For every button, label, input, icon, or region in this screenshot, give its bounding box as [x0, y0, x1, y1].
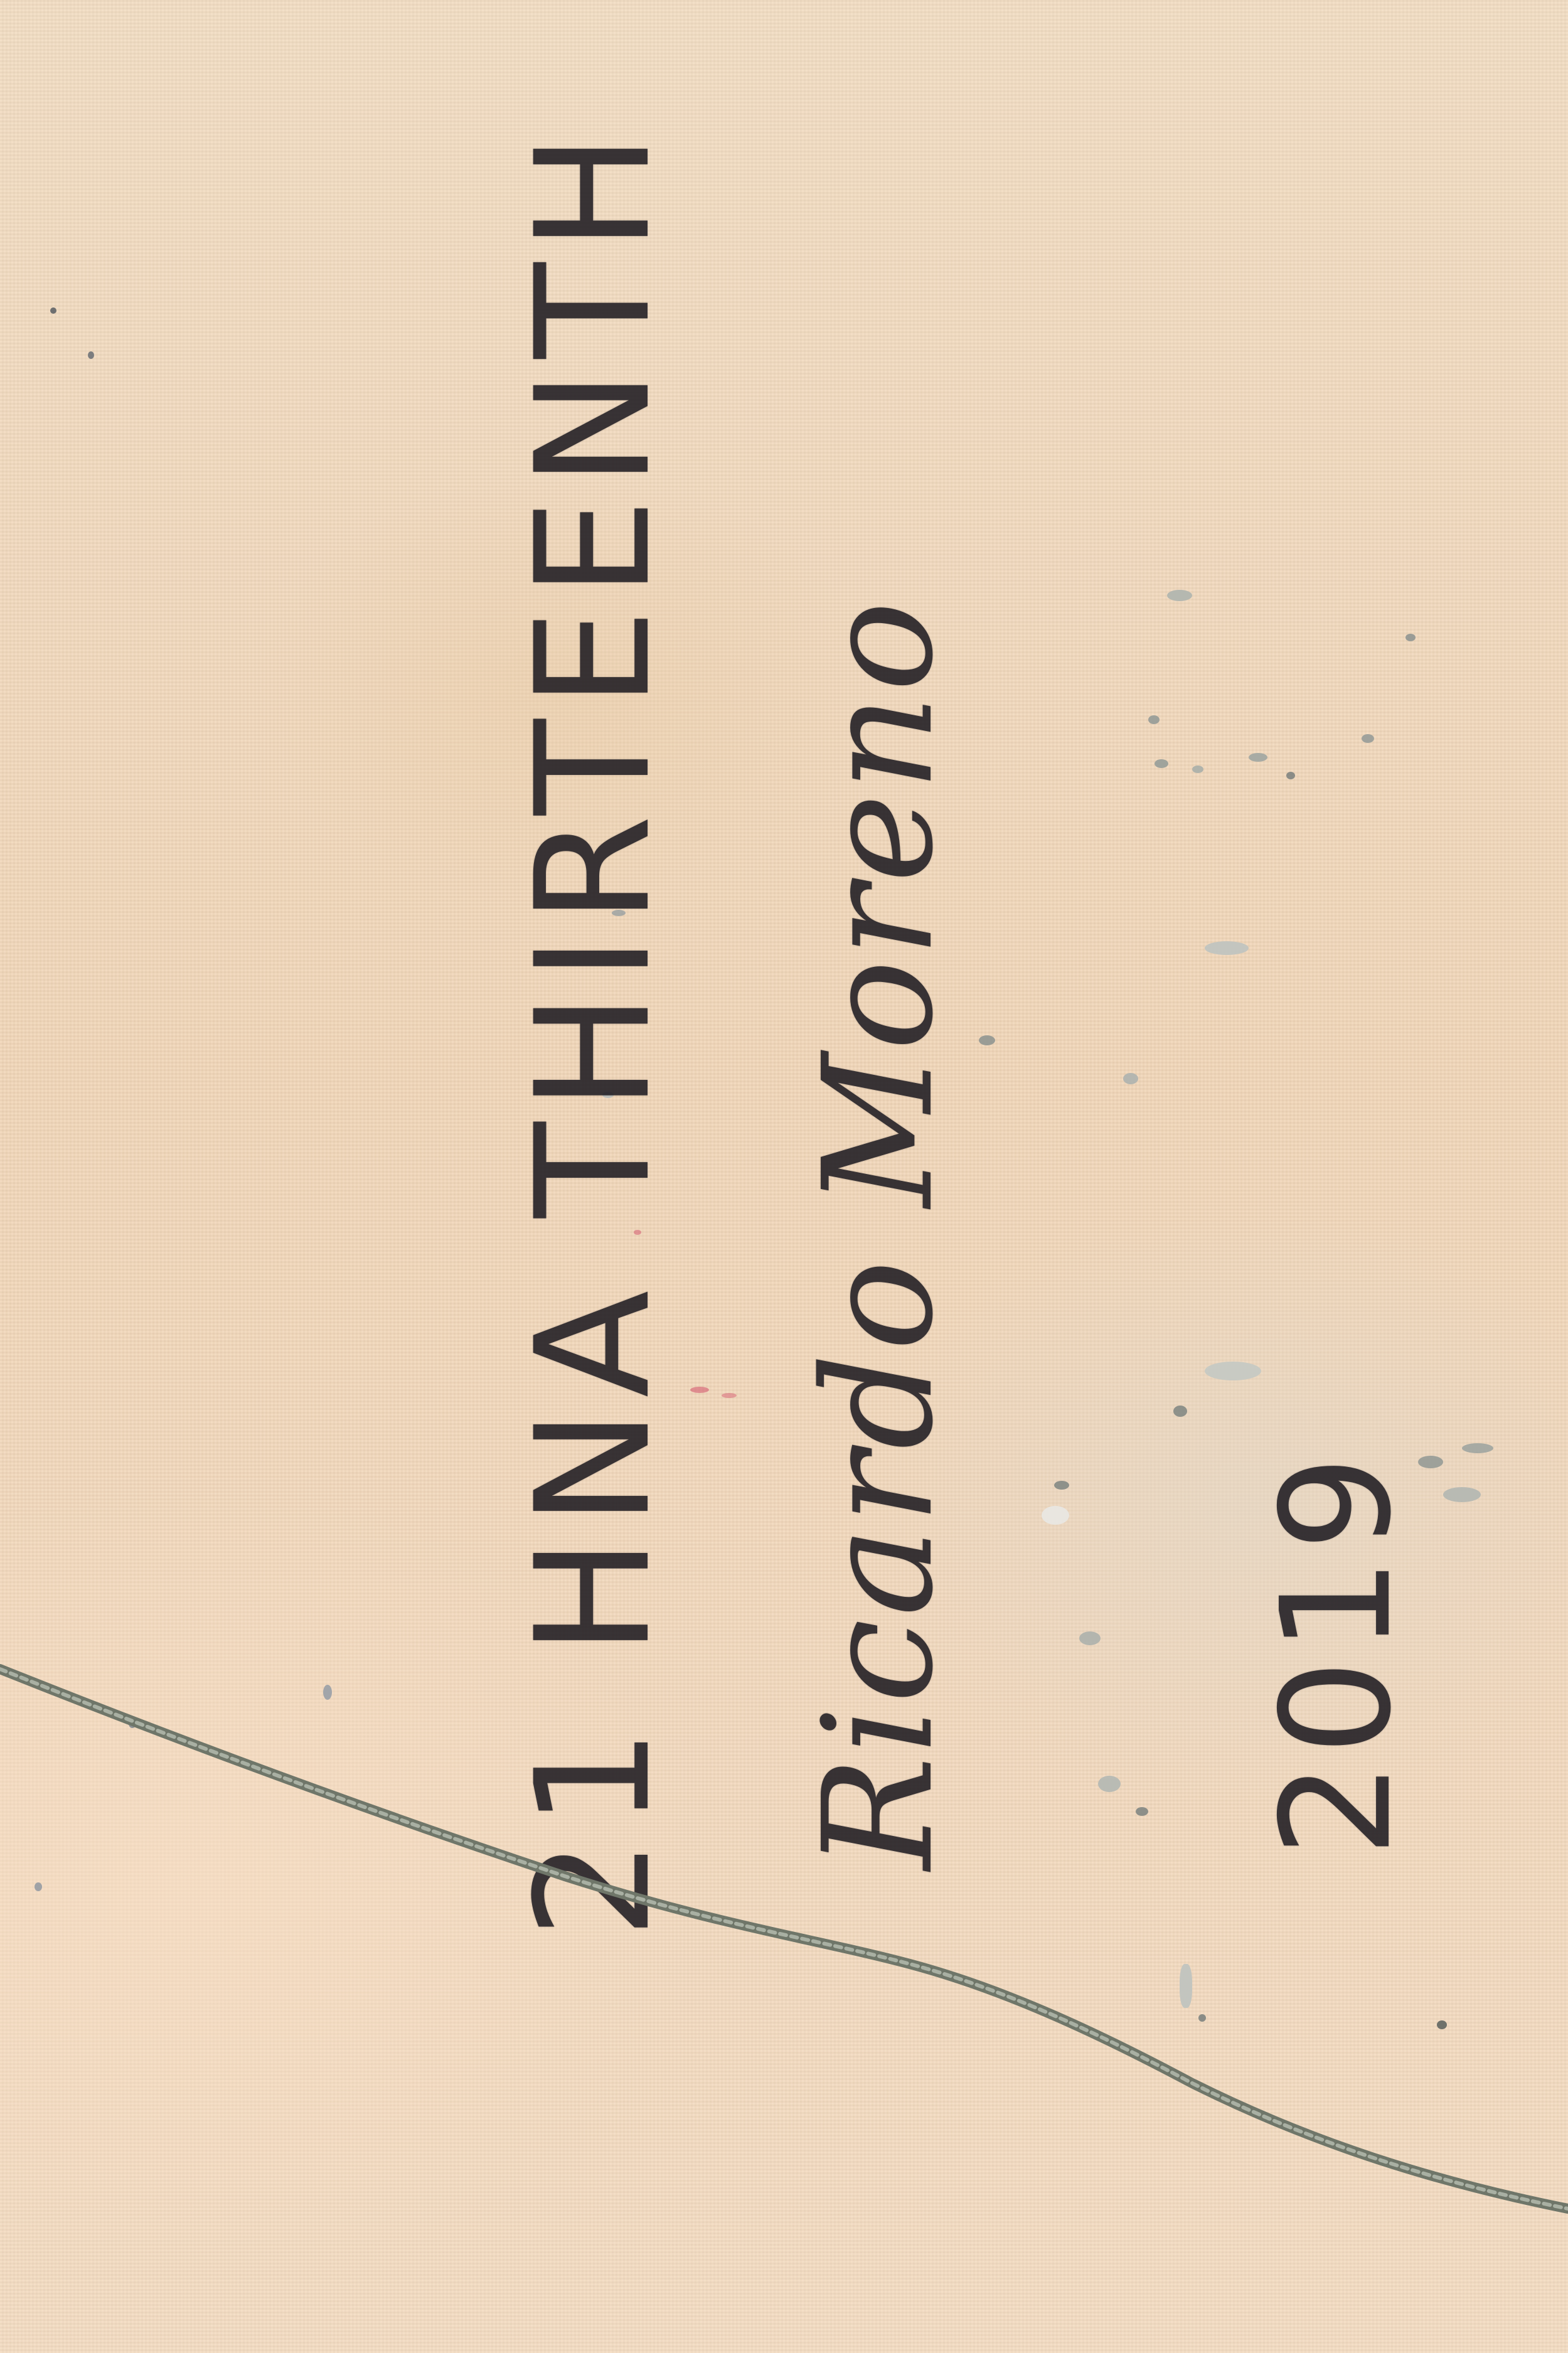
- inscription-title: 21 HNA THIRTEENTH: [502, 122, 685, 1939]
- inscription-year: 2019: [1249, 1449, 1424, 1857]
- artist-signature: Ricardo Moreno: [791, 599, 966, 1870]
- canvas-background: [0, 0, 1568, 2353]
